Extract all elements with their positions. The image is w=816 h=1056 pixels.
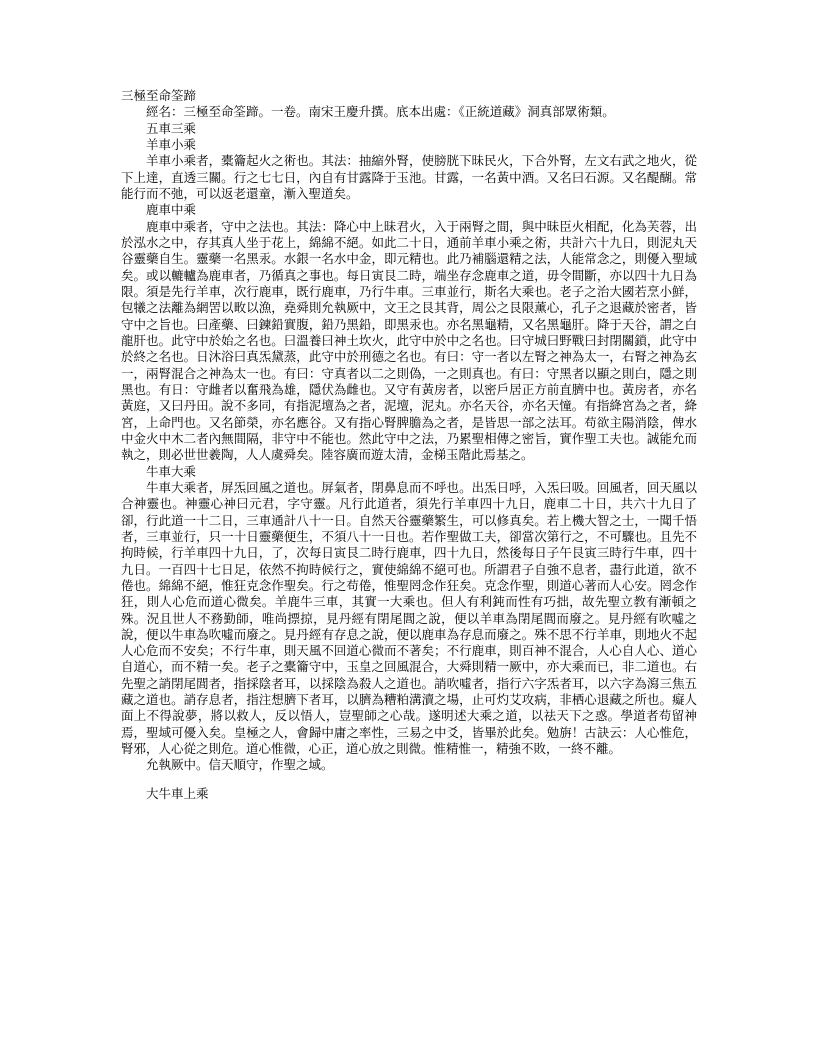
section-heading-yangche-xiaocheng: 羊車小乘 (121, 137, 697, 153)
document-title: 三極至命筌蹄 (121, 88, 697, 104)
section-heading-wuche-sancheng: 五車三乘 (121, 121, 697, 137)
closing-line: 允執厥中。信天順守，作聖之域。 (121, 757, 697, 773)
meta-line: 經名：三極至命筌蹄。一卷。南宋王慶升撰。底本出處：《正統道藏》洞真部眾術類。 (121, 104, 697, 120)
paragraph-niuche: 牛車大乘者，屏炁回風之道也。屏氣者，閉鼻息而不呼也。出炁日呼，入炁曰吸。回風者，… (121, 480, 697, 758)
section-heading-niuche-dacheng: 牛車大乘 (121, 464, 697, 480)
section-heading-daniuche-shangcheng: 大牛車上乘 (121, 786, 697, 802)
paragraph-luche: 鹿車中乘者，守中之法也。其法：降心中上昧君火，入于兩腎之間，與中昧臣火相配，化為… (121, 219, 697, 464)
document-page: 三極至命筌蹄 經名：三極至命筌蹄。一卷。南宋王慶升撰。底本出處：《正統道藏》洞真… (121, 88, 697, 802)
paragraph-yangche: 羊車小乘者，橐籥起火之術也。其法：抽縮外腎，使膀胱下昧民火，下合外腎，左文右武之… (121, 153, 697, 202)
section-heading-luche-zhongcheng: 鹿車中乘 (121, 202, 697, 218)
